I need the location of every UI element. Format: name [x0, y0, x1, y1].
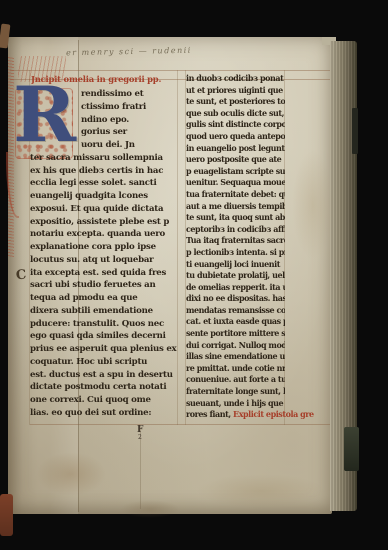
- text-line: quod uero queda anteposite: [186, 131, 285, 143]
- text-line: fraternitate longe sunt, hic: [186, 386, 285, 398]
- text-line: que sub oculis dicte sut, in sin: [186, 108, 285, 120]
- text-line: p euagelistam scripte sut, in: [186, 166, 285, 178]
- text-line: Tua itaq fraternitas sacro se: [186, 235, 285, 247]
- text-line: ego quasi qda similes decerni: [30, 330, 178, 343]
- fore-edge-tab: [352, 108, 358, 154]
- text-line: est. ductus est a spu in desertu: [30, 369, 178, 382]
- quire-signature-number: 2: [138, 435, 142, 441]
- text-line: locutus su. atq ut loquebar: [30, 254, 178, 267]
- text-line: sacri ubi studio feruetes an: [30, 279, 178, 292]
- text-line: tequa ad pmodu ea que: [30, 292, 178, 305]
- text-line: aut a me diuersis tempibз dic: [186, 201, 285, 213]
- text-line: in duobз codicibз ponat cura.: [186, 73, 285, 85]
- text-line: ita excepta est. sed quida fres: [30, 267, 178, 280]
- text-line: ti euangelij loci inuenit: [186, 259, 285, 271]
- text-line: mendatas remansisse cognos: [186, 305, 285, 317]
- text-line: ctissimo fratri: [81, 101, 178, 114]
- text-line: illas sine emendatione uena: [186, 351, 285, 363]
- text-line: dixi no ee dispositas. has me: [186, 293, 285, 305]
- text-line: euangelij quadgita lcones: [30, 190, 178, 203]
- text-line: notariu excepta. quanda uero: [30, 228, 178, 241]
- text-line: dui corrigat. Nulloq modo: [186, 340, 285, 352]
- text-line: sente portitore mittere stu: [186, 328, 285, 340]
- text-line: sueuant, unde i hijs que eme: [186, 398, 285, 410]
- text-line: de omelias repperit. ita ut p: [186, 282, 285, 294]
- text-line: expositio, assistete plebe est p: [30, 216, 178, 229]
- text-line: uenitur. Sequaqua mouere: [186, 177, 285, 189]
- text-column-left: rendissimo etctissimo fratrindino epo.go…: [30, 88, 178, 420]
- text-line: lias. eo quo dei sut ordine:: [30, 407, 178, 420]
- explicit-line-black: rores fiant,: [186, 409, 233, 419]
- text-line: ter sacra missaru sollempnia: [30, 152, 178, 165]
- text-line: ex his que diebз certis in hac: [30, 165, 178, 178]
- text-line: te sunt, ita quoq sunt ab ex: [186, 212, 285, 224]
- text-line: ndino epo.: [81, 114, 178, 127]
- text-line: coquatur. Hoc ubi scriptu: [30, 356, 178, 369]
- text-line: dictate postmodu certa notati: [30, 381, 178, 394]
- text-line: gulis sint distincte corporibз.: [186, 119, 285, 131]
- text-line: tu dubietate prolatij, uel eas: [186, 270, 285, 282]
- text-line: pducere: transtulit. Quos nec: [30, 318, 178, 331]
- text-line: ecclia legi esse solet. sancti: [30, 177, 178, 190]
- text-line: p lectionibз intenta. si predic: [186, 247, 285, 259]
- text-line: ceptoribз in codicibз affixe.: [186, 224, 285, 236]
- text-line: re pmittat. unde cotie nre: [186, 363, 285, 375]
- ruling-line-bottom: [30, 424, 330, 425]
- explicit-line: rores fiant, Explicit epistola gre: [186, 409, 332, 419]
- clasp-remnant-left: [0, 494, 13, 536]
- text-line: uoru dei. Jn: [81, 139, 178, 152]
- text-line: gorius ser: [81, 126, 178, 139]
- text-line: explanatione cora pplo ipse: [30, 241, 178, 254]
- text-column-right: in duobз codicibз ponat cura.ut et prior…: [186, 73, 285, 409]
- text-line: uero postposite que ate: [186, 154, 285, 166]
- text-line: exposui. Et qua quide dictata: [30, 203, 178, 216]
- text-line: prius ee asperuit qua plenius ex: [30, 343, 178, 356]
- text-line: cat. et iuxta easde quas p p: [186, 316, 285, 328]
- quire-signature: F 2: [137, 426, 143, 441]
- text-line: one correxi. Cui quoq ome: [30, 394, 178, 407]
- text-line: ut et priores uiginti que dicta: [186, 85, 285, 97]
- text-line: te sunt, et posteriores totide: [186, 96, 285, 108]
- text-line: rendissimo et: [81, 88, 178, 101]
- text-line: tua fraternitate debet: quia si: [186, 189, 285, 201]
- margin-nota-mark: C: [15, 267, 27, 283]
- text-line: in euangelio post legunt: [186, 143, 285, 155]
- text-line: dixera subtili emendatione: [30, 305, 178, 318]
- manuscript-photo: er menry sci — rudenii Jncipit omelia in…: [0, 0, 388, 550]
- explicit-rubric: Explicit epistola gre: [233, 409, 314, 419]
- clasp-remnant-right: [344, 427, 359, 471]
- text-line: conueniue. aut forte a tua: [186, 374, 285, 386]
